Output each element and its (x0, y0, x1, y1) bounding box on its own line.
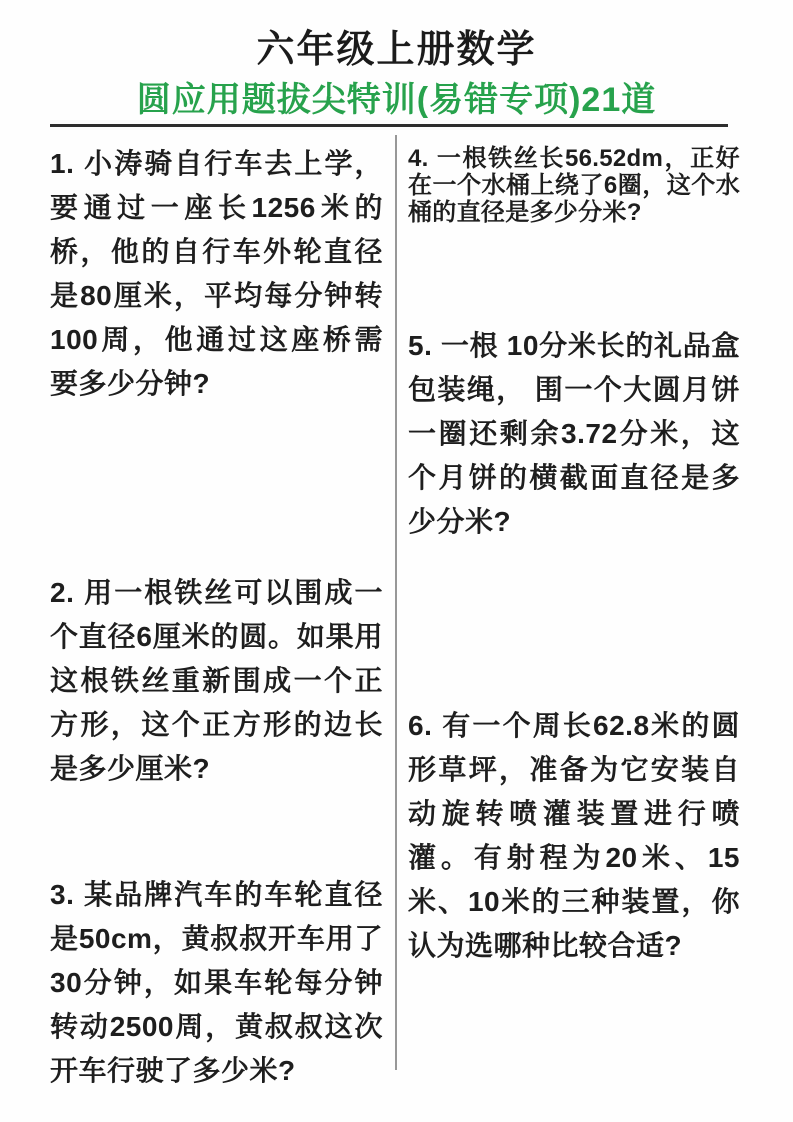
problems-area: 1. 小涛骑自行车去上学，要通过一座长1256米的桥，他的自行车外轮直径是80厘… (0, 135, 793, 1075)
problem-1: 1. 小涛骑自行车去上学，要通过一座长1256米的桥，他的自行车外轮直径是80厘… (50, 142, 383, 406)
right-column: 4. 一根铁丝长56.52dm，正好在一个水桶上绕了6圈，这个水桶的直径是多少分… (408, 135, 740, 968)
problem-4: 4. 一根铁丝长56.52dm，正好在一个水桶上绕了6圈，这个水桶的直径是多少分… (408, 145, 740, 226)
page-subtitle: 圆应用题拔尖特训(易错专项)21道 (0, 72, 793, 121)
problem-3: 3. 某品牌汽车的车轮直径是50cm，黄叔叔开车用了30分钟，如果车轮每分钟转动… (50, 873, 383, 1093)
header-divider-line (50, 124, 728, 127)
left-column: 1. 小涛骑自行车去上学，要通过一座长1256米的桥，他的自行车外轮直径是80厘… (50, 135, 383, 1093)
problem-5: 5. 一根 10分米长的礼品盒包装绳， 围一个大圆月饼一圈还剩余3.72分米，这… (408, 324, 740, 544)
problem-6: 6. 有一个周长62.8米的圆形草坪，准备为它安装自动旋转喷灌装置进行喷灌。有射… (408, 704, 740, 968)
worksheet-page: 六年级上册数学 圆应用题拔尖特训(易错专项)21道 1. 小涛骑自行车去上学，要… (0, 0, 793, 1122)
page-title: 六年级上册数学 (0, 18, 793, 73)
problem-2: 2. 用一根铁丝可以围成一个直径6厘米的圆。如果用这根铁丝重新围成一个正方形，这… (50, 571, 383, 791)
column-divider-line (395, 135, 397, 1070)
